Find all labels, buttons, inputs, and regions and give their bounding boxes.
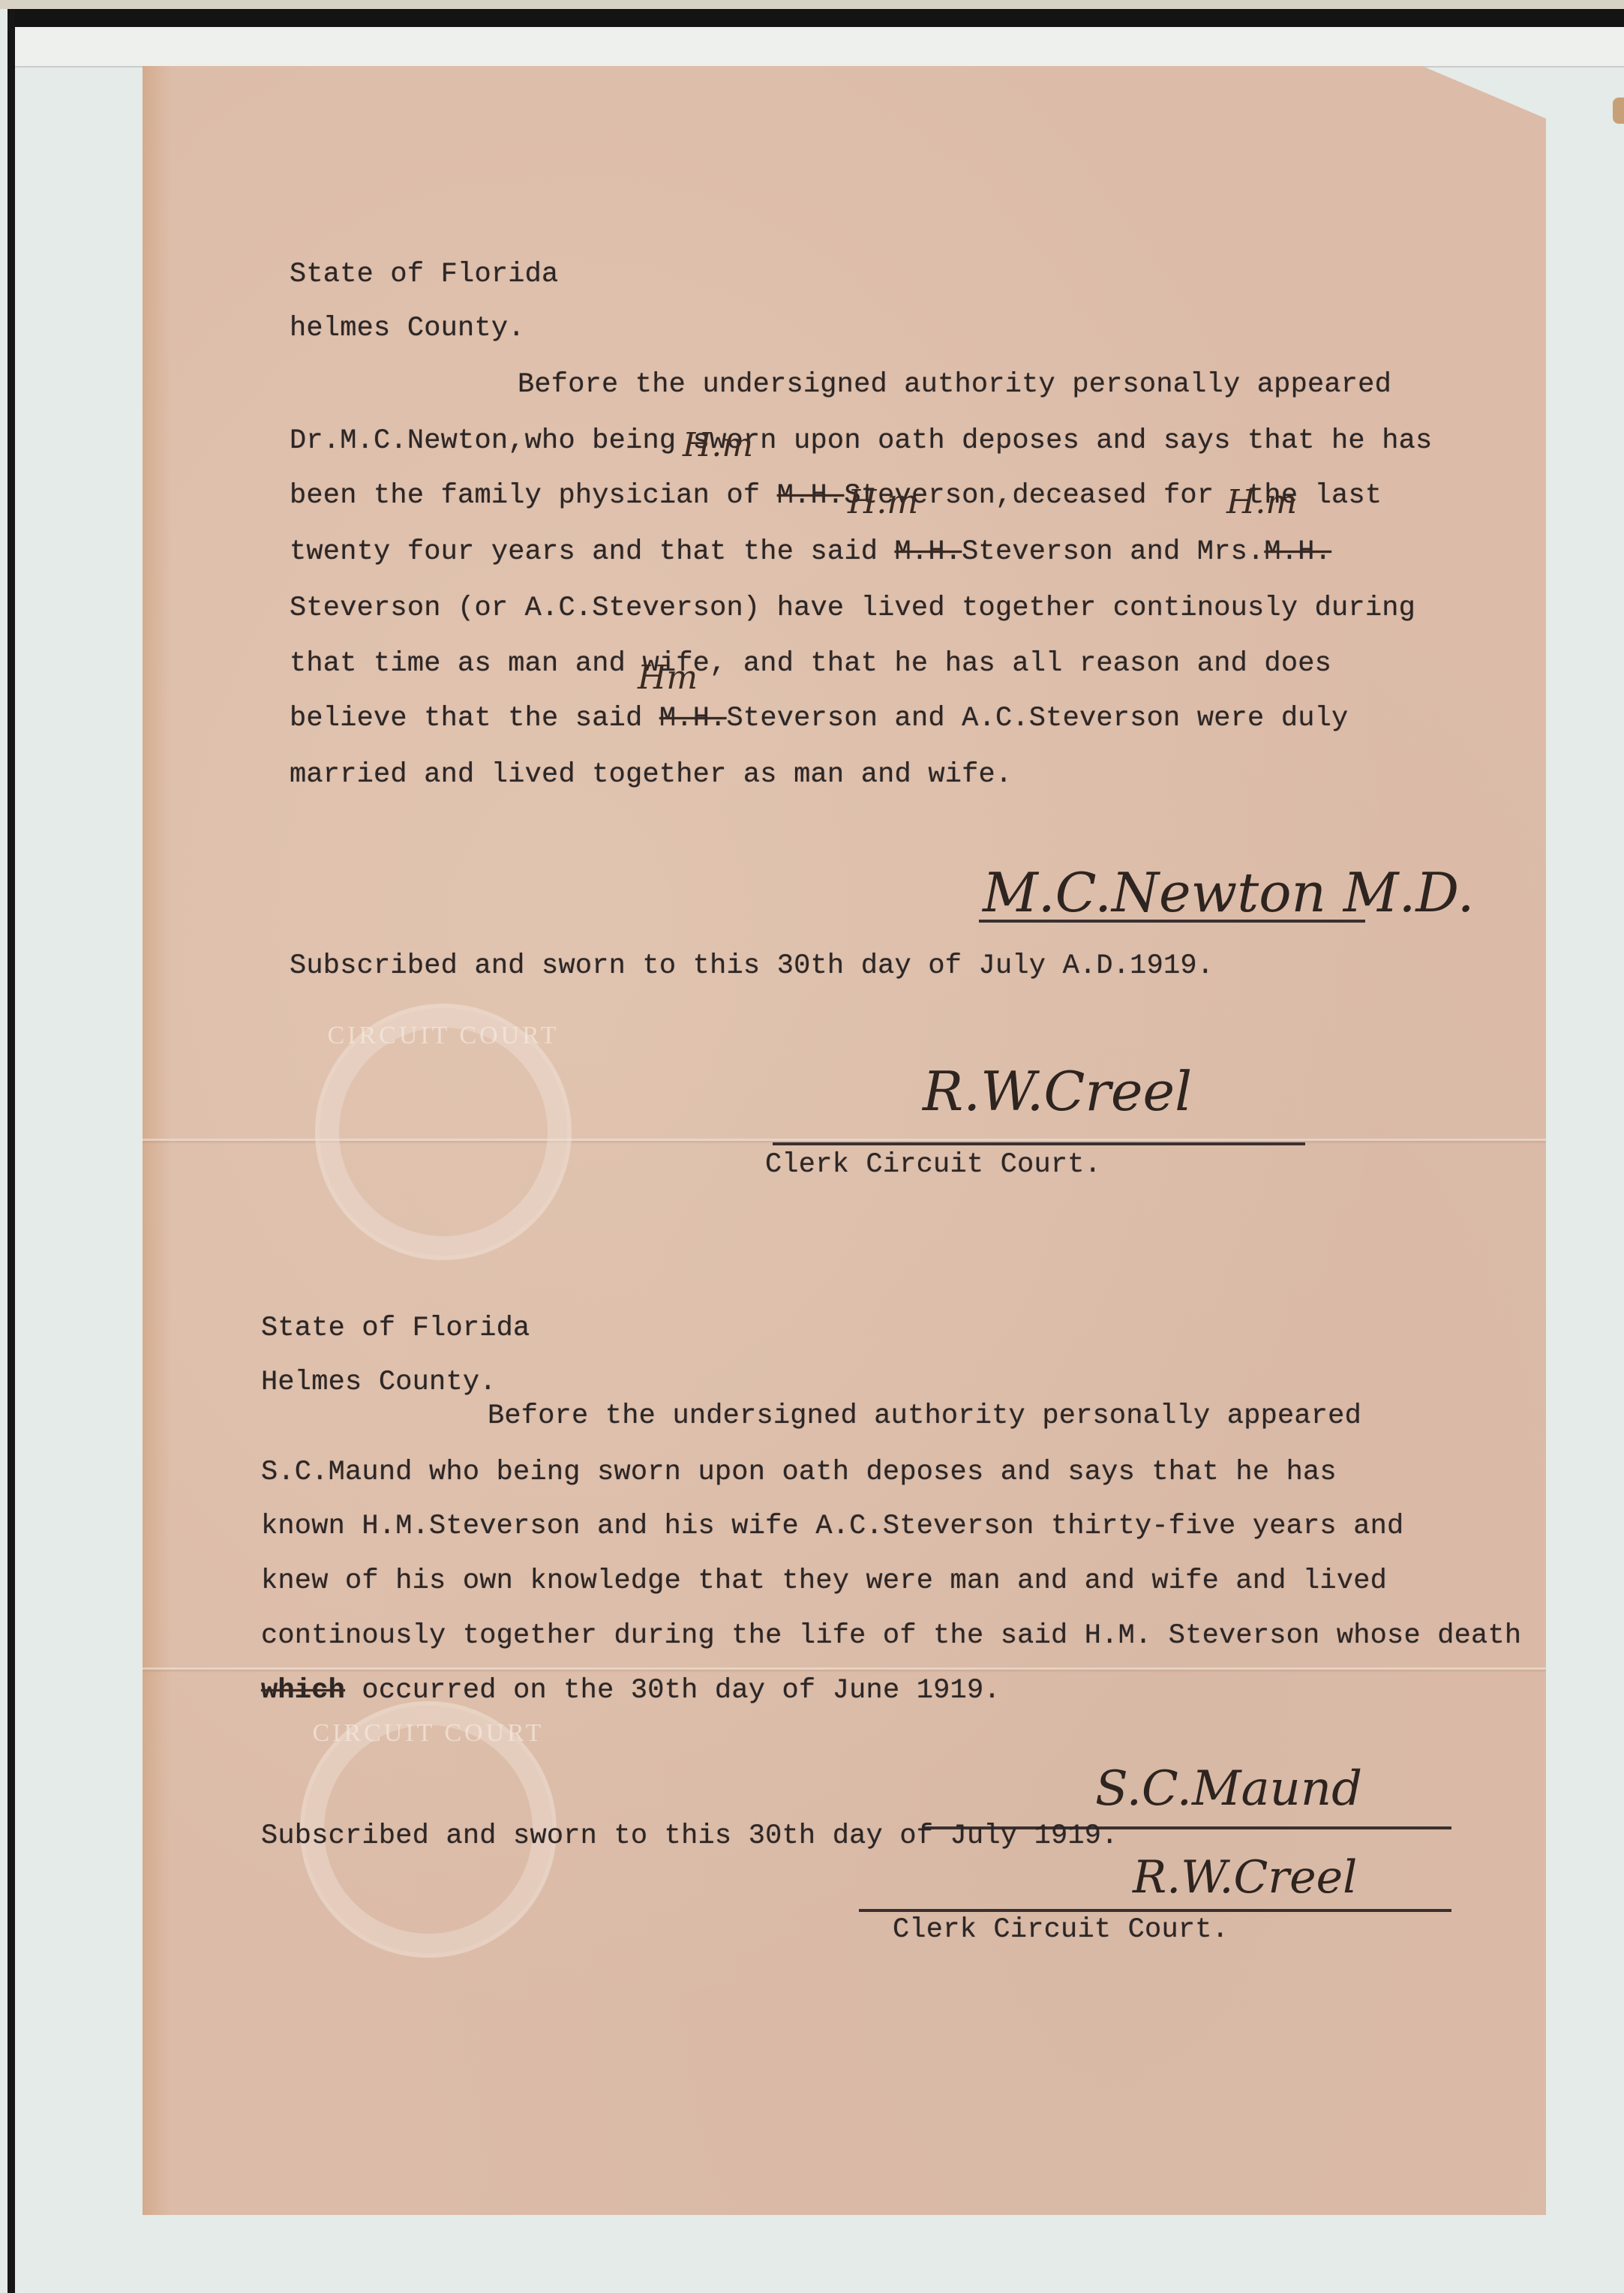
jurat: Subscribed and sworn to this 30th day of… [290,951,1214,981]
county-heading: helmes County. [290,314,525,344]
signature-line [979,920,1365,923]
clerk-title: Clerk Circuit Court. [893,1915,1229,1945]
body-line: Before the undersigned authority persona… [488,1401,1361,1431]
frame-top-border [8,9,1624,27]
frame-left-border [8,9,15,2293]
state-heading: State of Florida [261,1313,530,1343]
body-line: knew of his own knowledge that they were… [261,1566,1387,1596]
struck-initials: M.H. [777,480,845,512]
body-line: married and lived together as man and wi… [290,760,1012,790]
body-line: Dr.M.C.Newton,who being sworn upon oath … [290,426,1432,456]
mount-top-edge [15,27,1624,68]
struck-initials: M.H. [659,703,727,734]
jurat: Subscribed and sworn to this 30th day of… [261,1821,1118,1851]
state-heading: State of Florida [290,260,558,290]
body-line: known H.M.Steverson and his wife A.C.Ste… [261,1511,1403,1541]
text-segment: twenty four years and that the said [290,536,895,568]
body-line: Steverson (or A.C.Steverson) have lived … [290,593,1415,623]
body-line: been the family physician of M.H.Stevers… [290,481,1382,511]
deponent-signature: S.C.Maund [1095,1761,1362,1817]
clerk-title: Clerk Circuit Court. [765,1150,1101,1180]
handwritten-correction: H.m [848,483,918,521]
struck-initials: M.H. [895,536,962,568]
text-segment: Steverson,deceased for the last [844,480,1382,512]
handwritten-correction: Hm [638,659,698,697]
seal-text-top: CIRCUIT COURT [320,1022,567,1050]
clerk-signature: R.W.Creel [1133,1851,1357,1904]
body-line: that time as man and wife, and that he h… [290,649,1331,679]
text-segment: believe that the said [290,703,659,734]
text-segment: been the family physician of [290,480,777,512]
embossed-seal: CIRCUIT COURT [315,1004,572,1260]
struck-initials: M.H. [1264,536,1331,568]
seal-text-top: CIRCUIT COURT [305,1719,552,1748]
body-line: which occurred on the 30th day of June 1… [261,1676,1001,1706]
handwritten-correction: H.m [1226,483,1297,521]
signature-line [773,1142,1305,1145]
county-heading: Helmes County. [261,1367,497,1397]
mount-right-mark [1613,98,1624,124]
clerk-signature: R.W.Creel [923,1060,1192,1123]
body-line: twenty four years and that the said M.H.… [290,537,1331,567]
struck-word: which [261,1675,345,1706]
ink-speck [754,2258,758,2262]
body-line: continously together during the life of … [261,1621,1521,1651]
body-line: believe that the said M.H.Steverson and … [290,704,1348,734]
scan-top-strip [0,0,1624,9]
handwritten-correction: H.m [683,426,753,464]
body-line: S.C.Maund who being sworn upon oath depo… [261,1457,1337,1487]
document-page: CIRCUIT COURT CIRCUIT COURT State of Flo… [143,66,1546,2215]
signature-line [859,1909,1451,1912]
deponent-signature: M.C.Newton M.D. [983,861,1474,924]
paper-fold-line [143,1667,1546,1670]
body-line: Before the undersigned authority persona… [518,370,1391,400]
text-segment: occurred on the 30th day of June 1919. [345,1675,1001,1706]
text-segment: Steverson and Mrs. [962,536,1264,568]
text-segment: Steverson and A.C.Steverson were duly [727,703,1349,734]
